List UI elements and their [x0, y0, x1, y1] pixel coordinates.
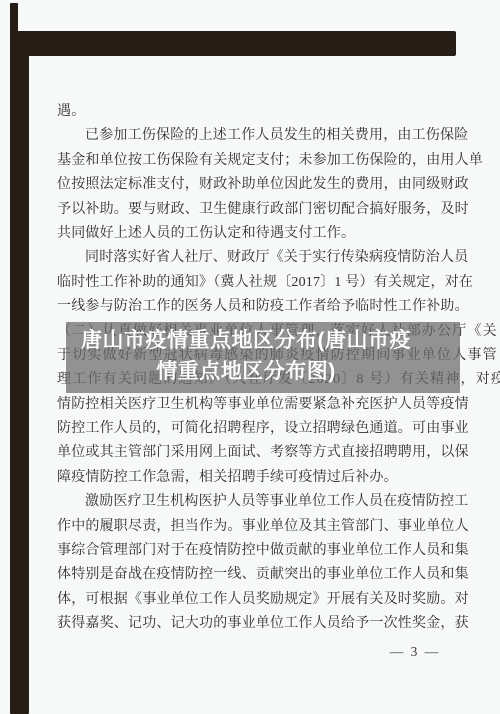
- document-line: 同时落实好省人社厅、财政厅《关于实行传染病疫情防治人员: [57, 246, 477, 270]
- document-line: 位按照法定标准支付，财政补助单位因此发生的费用，由同级财政: [57, 173, 477, 197]
- document-line: 单位或其主管部门采用网上面试、考察等方式直接招聘聘用，以保: [57, 441, 477, 465]
- page-number: — 3 —: [340, 644, 490, 660]
- document-line: 作中的履职尽责，担当作为。事业单位及其主管部门、事业单位人: [57, 515, 477, 539]
- document-line: 获得嘉奖、记功、记大功的事业单位工作人员给予一次性奖金，获: [57, 612, 477, 636]
- document-line: 体，可根据《事业单位工作人员奖励规定》开展有关及时奖励。对: [57, 588, 477, 612]
- document-line: 障疫情防控工作急需，相关招聘手续可疫情过后补办。: [57, 466, 477, 490]
- scanned-document-page: { "page": { "background_color": "#f6f9f7…: [0, 0, 500, 714]
- scan-edge-corner-mark: [10, 3, 18, 33]
- document-line: 事综合管理部门对于在疫情防控中做贡献的事业单位工作人员和集: [57, 539, 477, 563]
- document-line: 予以补助。要与财政、卫生健康行政部门密切配合搞好服务，及时: [57, 198, 477, 222]
- document-line: 激励医疗卫生机构医护人员等事业单位工作人员在疫情防控工: [57, 490, 477, 514]
- title-overlay: 唐山市疫情重点地区分布(唐山市疫 情重点地区分布图): [0, 326, 492, 387]
- title-overlay-line1: 唐山市疫情重点地区分布(唐山市疫: [0, 326, 492, 357]
- document-line: 一线参与防治工作的医务人员和防疫工作者给予临时性工作补助。: [57, 295, 477, 319]
- document-line: 临时性工作补助的通知》（冀人社规〔2017〕1 号）有关规定，对在: [57, 271, 477, 295]
- title-overlay-line2: 情重点地区分布图): [0, 357, 492, 388]
- document-line: 体特别是奋战在疫情防控一线、贡献突出的事业单位工作人员和集: [57, 563, 477, 587]
- document-line: 已参加工伤保险的上述工作人员发生的相关费用，由工伤保险: [57, 124, 477, 148]
- scan-edge-top-bar: [10, 31, 456, 56]
- document-line: 遇。: [57, 100, 477, 124]
- document-line: 情防控相关医疗卫生机构等事业单位需要紧急补充医护人员等疫情: [57, 393, 477, 417]
- document-line: 基金和单位按工伤保险有关规定支付；未参加工伤保险的，由用人单: [57, 149, 477, 173]
- document-line: 防控工作人员的，可简化招聘程序，设立招聘绿色通道。可由事业: [57, 417, 477, 441]
- document-line: 共同做好上述人员的工伤认定和待遇支付工作。: [57, 222, 477, 246]
